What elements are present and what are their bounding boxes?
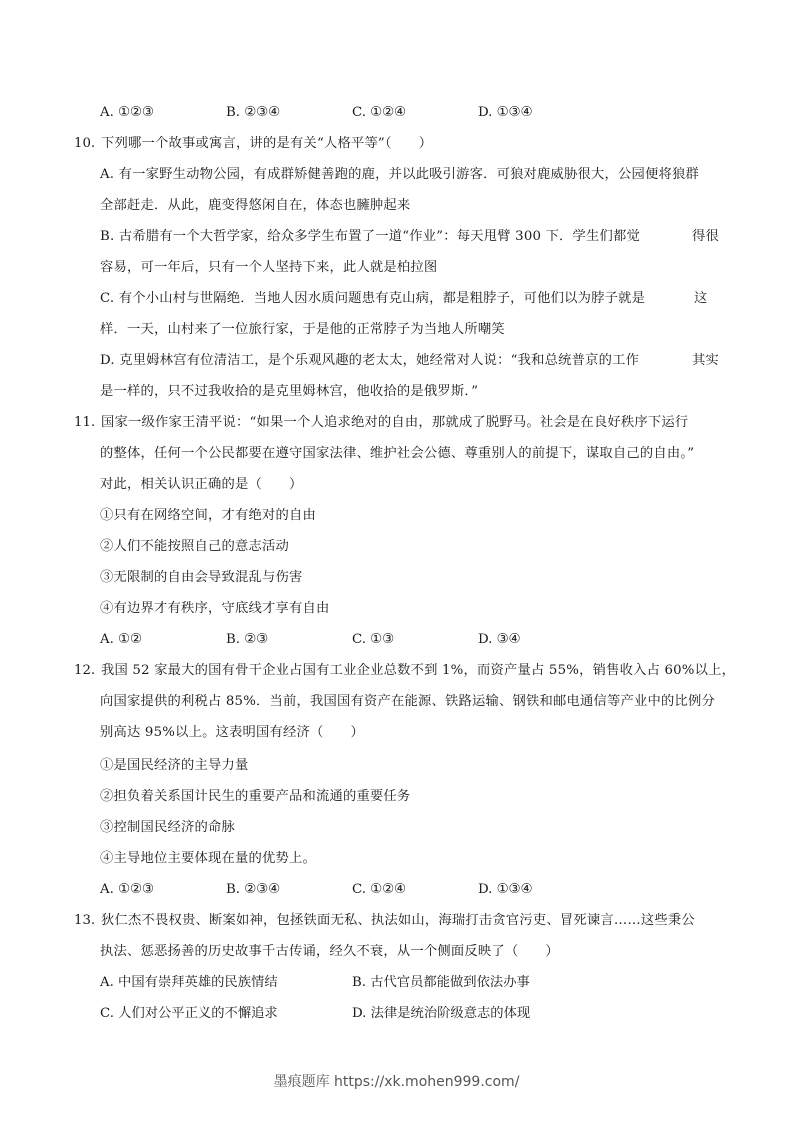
q13-option-a: A. 中国有崇拜英雄的民族情结 xyxy=(100,974,278,992)
q9-option-a: A. ①②③ xyxy=(100,104,154,122)
q12-statement-1: ①是国民经济的主导力量 xyxy=(100,757,248,775)
q10-option-b-line1: B. 古希腊有一个大哲学家，给众多学生布置了一道“作业”：每天甩臂 300 下．… xyxy=(100,228,640,246)
q11-statement-4: ④有边界才有秩序，守底线才享有自由 xyxy=(100,600,329,618)
q9-option-c: C. ①②④ xyxy=(352,104,406,122)
q10-option-b-line2: 容易，可一年后，只有一个人坚持下来，此人就是柏拉图 xyxy=(100,259,437,277)
q13-option-b: B. 古代官员都能做到依法办事 xyxy=(352,974,530,992)
q10-option-d-line1-tail: 其实 xyxy=(692,352,719,370)
footer-watermark: 墨痕题库 https://xk.mohen999.com/ xyxy=(0,1071,793,1091)
q13-number: 13. xyxy=(74,912,95,930)
q12-option-c: C. ①②④ xyxy=(352,881,406,899)
exam-page: A. ①②③ B. ②③④ C. ①②④ D. ①③④ 10. 下列哪一个故事或… xyxy=(0,0,793,1122)
q11-statement-2: ②人们不能按照自己的意志活动 xyxy=(100,538,289,556)
q10-option-a-line1: A. 有一家野生动物公园，有成群矫健善跑的鹿，并以此吸引游客．可狼对鹿威胁很大，… xyxy=(100,166,699,184)
q11-stem-line2: 的整体，任何一个公民都要在遵守国家法律、维护社会公德、尊重别人的前提下，谋取自己… xyxy=(100,445,694,463)
q10-option-d-line2: 是一样的，只不过我收拾的是克里姆林宫，他收拾的是俄罗斯．” xyxy=(100,383,478,401)
q10-number: 10. xyxy=(74,135,95,153)
q10-option-a-line2: 全部赶走．从此，鹿变得悠闲自在，体态也臃肿起来 xyxy=(100,197,410,215)
q11-statement-1: ①只有在网络空间，才有绝对的自由 xyxy=(100,507,316,525)
q10-option-c-line1-tail: 这 xyxy=(694,290,708,308)
q11-option-b: B. ②③ xyxy=(226,631,268,649)
q11-option-c: C. ①③ xyxy=(352,631,394,649)
q13-stem-line2: 执法、惩恶扬善的历史故事千古传诵，经久不衰，从一个侧面反映了（ ） xyxy=(100,943,559,961)
q12-statement-2: ②担负着关系国计民生的重要产品和流通的重要任务 xyxy=(100,788,410,806)
q12-statement-4: ④主导地位主要体现在量的优势上。 xyxy=(100,850,316,868)
q11-statement-3: ③无限制的自由会导致混乱与伤害 xyxy=(100,569,302,587)
q13-option-d: D. 法律是统治阶级意志的体现 xyxy=(352,1005,530,1023)
q9-option-d: D. ①③④ xyxy=(478,104,532,122)
q12-statement-3: ③控制国民经济的命脉 xyxy=(100,819,235,837)
q10-option-c-line1: C. 有个小山村与世隔绝．当地人因水质问题患有克山病，都是粗脖子，可他们以为脖子… xyxy=(100,290,645,308)
q11-option-a: A. ①② xyxy=(100,631,142,649)
q12-stem-line3: 别高达 95%以上。这表明国有经济（ ） xyxy=(100,724,364,742)
q13-stem-line1: 狄仁杰不畏权贵、断案如神，包拯铁面无私、执法如山，海瑞打击贪官污吏、冒死谏言……… xyxy=(101,912,695,930)
q10-option-b-line1-tail: 得很 xyxy=(692,228,719,246)
q11-stem-line1: 国家一级作家王清平说：“如果一个人追求绝对的自由，那就成了脱野马。社会是在良好秩… xyxy=(101,414,688,432)
q10-option-d-line1: D. 克里姆林宫有位清洁工，是个乐观风趣的老太太，她经常对人说：“我和总统普京的… xyxy=(100,352,639,370)
q12-option-b: B. ②③④ xyxy=(226,881,280,899)
q11-option-d: D. ③④ xyxy=(478,631,520,649)
q10-stem: 下列哪一个故事或寓言，讲的是有关“人格平等”（ ） xyxy=(101,135,432,153)
q12-stem-line2: 向国家提供的利税占 85%．当前，我国国有资产在能源、铁路运输、钢铁和邮电通信等… xyxy=(100,693,715,711)
q13-option-c: C. 人们对公平正义的不懈追求 xyxy=(100,1005,278,1023)
q10-option-c-line2: 样．一天，山村来了一位旅行家，于是他的正常脖子为当地人所嘲笑 xyxy=(100,321,505,339)
q12-number: 12. xyxy=(74,662,95,680)
q11-stem-line3: 对此，相关认识正确的是（ ） xyxy=(100,476,302,494)
q12-stem-line1: 我国 52 家最大的国有骨干企业占国有工业企业总数不到 1%，而资产量占 55%… xyxy=(101,662,735,680)
q12-option-a: A. ①②③ xyxy=(100,881,154,899)
q11-number: 11. xyxy=(74,414,95,432)
q12-option-d: D. ①③④ xyxy=(478,881,532,899)
q9-option-b: B. ②③④ xyxy=(226,104,280,122)
